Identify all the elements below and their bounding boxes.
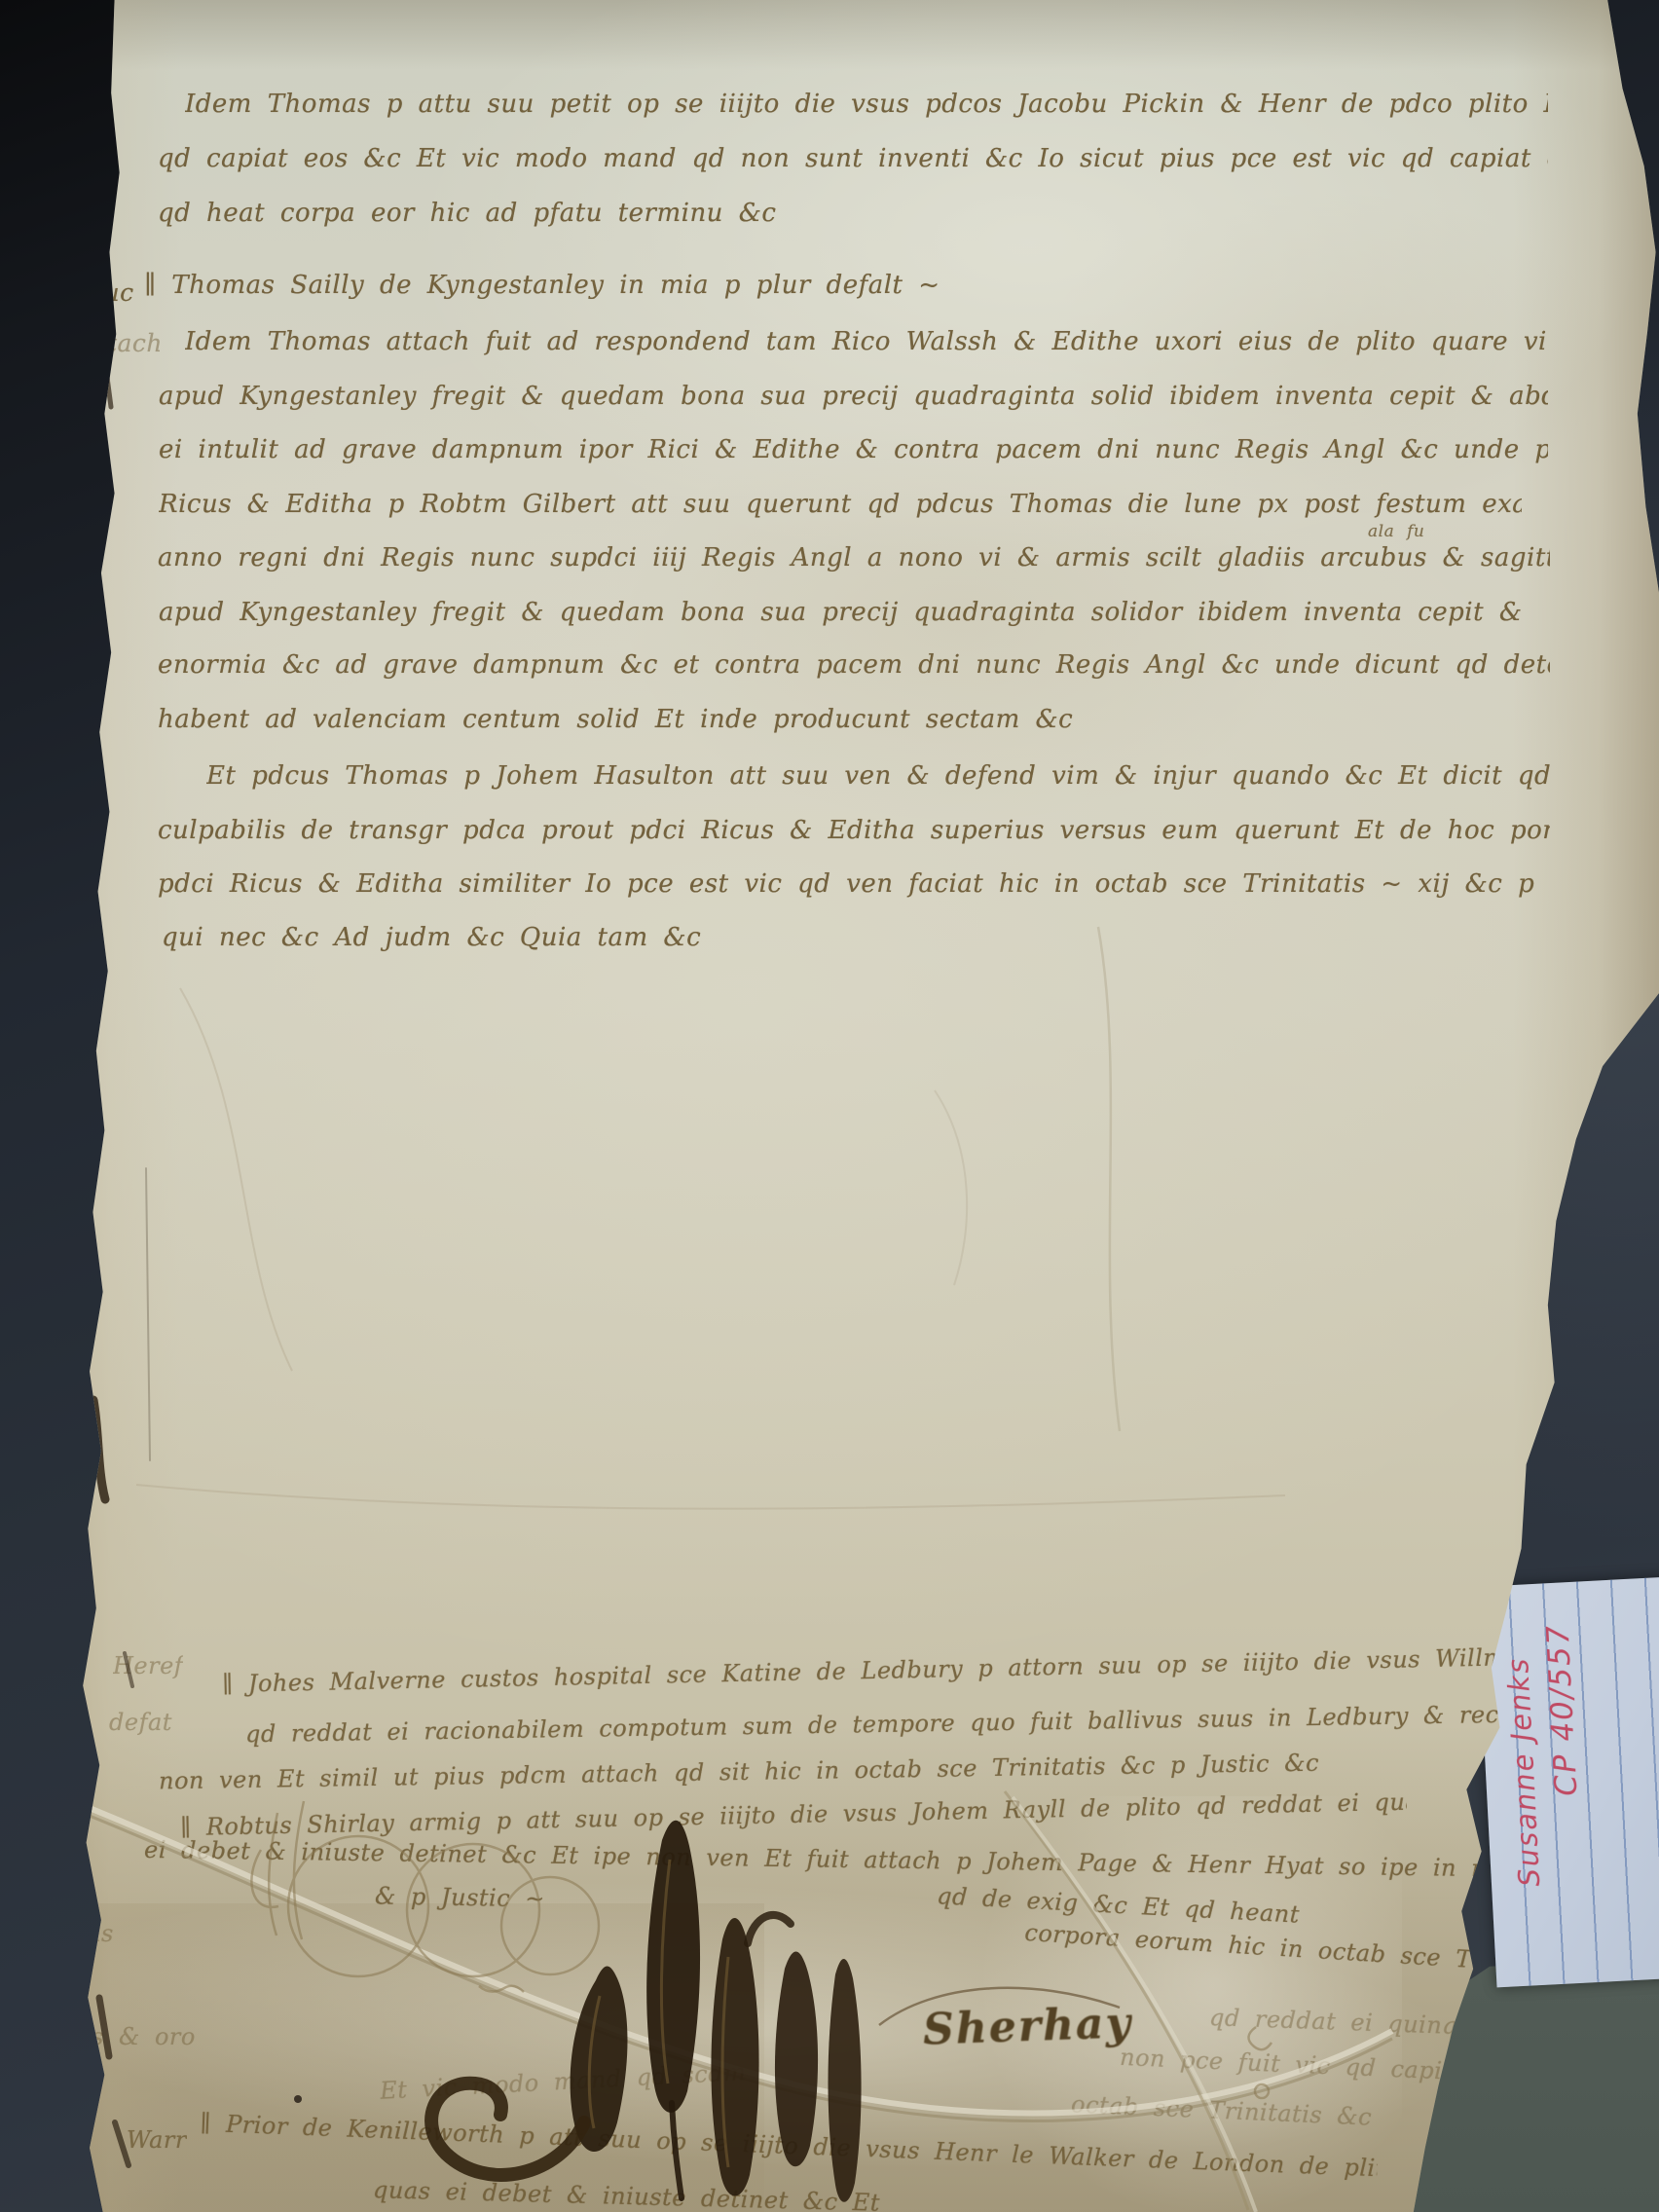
interlinear-note: ala fu [1368,522,1424,541]
under-fold-shading [83,1903,764,2212]
faded-fragment: s & oro [92,2023,196,2050]
manuscript-line: pdci Ricus & Editha similiter Io pce est… [158,869,1550,899]
manuscript-line: habent ad valenciam centum solid Et inde… [158,705,1073,734]
manuscript-line: apud Kyngestanley fregit & quedam bona s… [159,598,1522,627]
county-margin-note: Heref [113,1652,183,1679]
clerk-name-scribble: Sherhay [922,1998,1133,2054]
manuscript-line: qui nec &c Ad judm &c Quia tam &c [162,923,701,952]
manuscript-line: qd capiat eos &c Et vic modo mand qd non… [158,144,1548,173]
process-margin-note: defat [109,1709,172,1736]
manuscript-line: non ven Et simil ut pius pdcm attach qd … [159,1750,1327,1795]
manuscript-line: Idem Thomas attach fuit ad respondend ta… [185,327,1548,356]
manuscript-line: Idem Thomas p attu suu petit op se iiijt… [185,90,1548,119]
manuscript-line: Ricus & Editha p Robtm Gilbert att suu q… [159,490,1522,519]
manuscript-line: qd heat corpa eor hic ad pfatu terminu &… [158,199,776,228]
archivist-name: Susanne Jenks [1501,1656,1546,1888]
archive-reference: CP 40/557 [1540,1623,1584,1797]
manuscript-line: qd reddat ei racionabilem compotum sum d… [245,1701,1521,1749]
manuscript-line: ∥ Johes Malverne custos hospital sce Kat… [222,1643,1527,1698]
photograph-of-plea-roll: CP 40/557 Susanne Jenks Idem Thomas p at… [0,0,1659,2212]
county-margin-note: Warr [127,2126,187,2154]
entry-heading: ∥ Thomas Sailly de Kyngestanley in mia p… [144,271,940,300]
manuscript-line: apud Kyngestanley fregit & quedam bona s… [159,382,1548,411]
manuscript-fragment: & p Justic ~ [375,1882,545,1912]
manuscript-line: ei intulit ad grave dampnum ipor Rici & … [159,435,1548,464]
manuscript-line: culpabilis de transgr pdca prout pdci Ri… [158,816,1550,845]
manuscript-line: anno regni dni Regis nunc supdci iiij Re… [158,543,1550,572]
manuscript-line: enormia &c ad grave dampnum &c et contra… [158,650,1550,680]
archive-label-card: CP 40/557 Susanne Jenks [1476,1576,1659,1987]
manuscript-line: Et pdcus Thomas p Johem Hasulton att suu… [206,761,1550,791]
parchment-membrane: Idem Thomas p attu suu petit op se iiijt… [0,0,1659,2212]
